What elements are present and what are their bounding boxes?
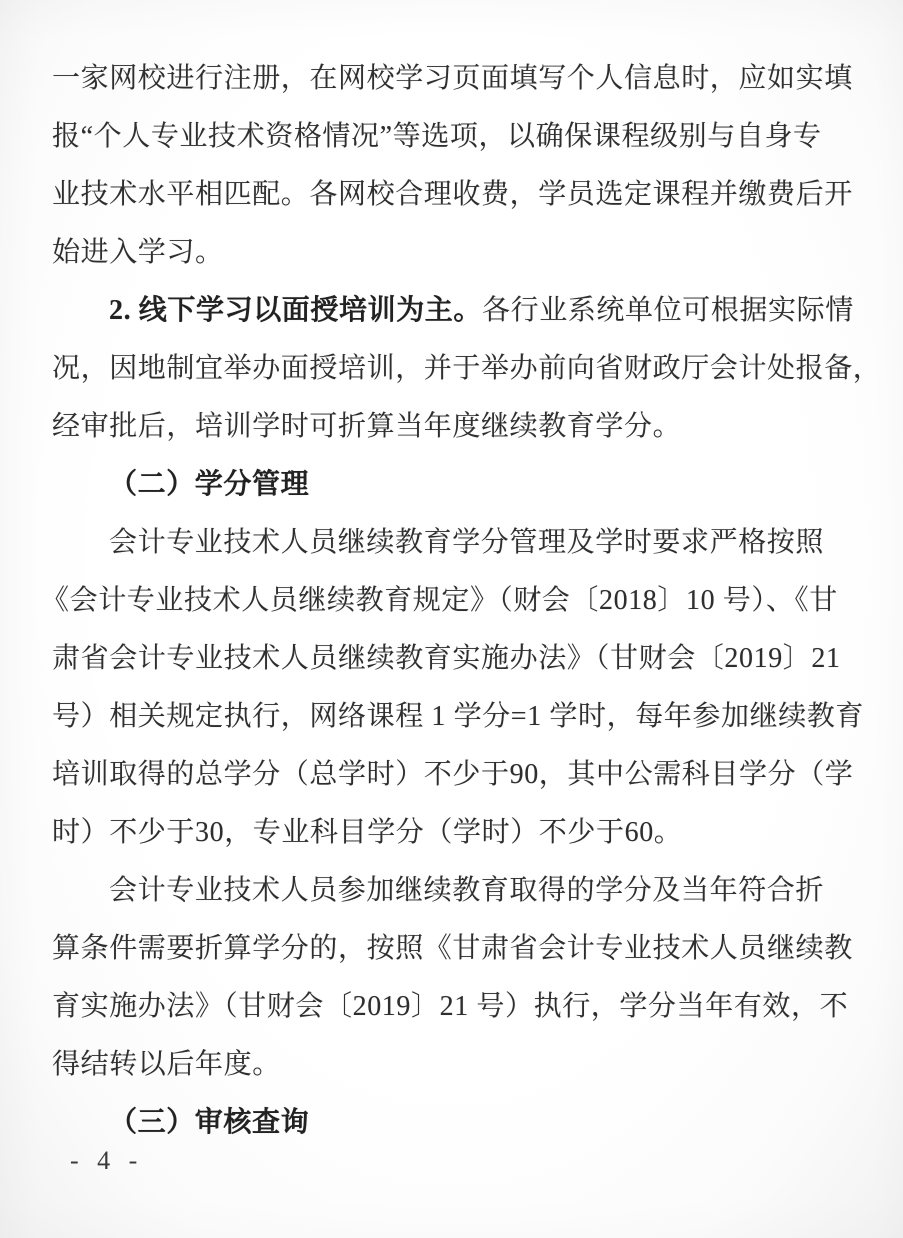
text-line: 算条件需要折算学分的，按照《甘肃省会计专业技术人员继续教 — [52, 920, 859, 978]
text-line: 经审批后，培训学时可折算当年度继续教育学分。 — [52, 398, 859, 456]
text-run: 《会计专业技术人员继续教育规定》（财会〔2018〕10 号）、《甘 — [41, 585, 838, 616]
text-run: 培训取得的总学分（总学时）不少于90，其中公需科目学分（学 — [52, 759, 853, 790]
text-run: （三）审核查询 — [109, 1107, 309, 1138]
text-run: 算条件需要折算学分的，按照《甘肃省会计专业技术人员继续教 — [52, 933, 853, 964]
text-line: 报“个人专业技术资格情况”等选项，以确保课程级别与自身专 — [52, 108, 859, 166]
page-number: - 4 - — [70, 1146, 143, 1176]
text-line: 时）不少于30，专业科目学分（学时）不少于60。 — [52, 804, 859, 862]
text-line: 会计专业技术人员参加继续教育取得的学分及当年符合折 — [52, 862, 859, 920]
text-run: 业技术水平相匹配。各网校合理收费，学员选定课程并缴费后开 — [52, 179, 853, 210]
text-run: 号）相关规定执行，网络课程 1 学分=1 学时，每年参加继续教育 — [52, 701, 864, 732]
text-run: 一家网校进行注册，在网校学习页面填写个人信息时，应如实填 — [52, 63, 853, 94]
text-run: 时）不少于30，专业科目学分（学时）不少于60。 — [52, 817, 682, 848]
text-line: 况，因地制宜举办面授培训，并于举办前向省财政厅会计处报备， — [52, 340, 859, 398]
text-run: 始进入学习。 — [52, 237, 224, 268]
section-heading: （三）审核查询 — [52, 1094, 859, 1152]
text-line: 育实施办法》（甘财会〔2019〕21 号）执行，学分当年有效，不 — [52, 978, 859, 1036]
text-line: 号）相关规定执行，网络课程 1 学分=1 学时，每年参加继续教育 — [52, 688, 859, 746]
text-line: 始进入学习。 — [52, 224, 859, 282]
text-run: 育实施办法》（甘财会〔2019〕21 号）执行，学分当年有效，不 — [52, 991, 848, 1022]
text-line: 业技术水平相匹配。各网校合理收费，学员选定课程并缴费后开 — [52, 166, 859, 224]
text-run: 经审批后，培训学时可折算当年度继续教育学分。 — [52, 411, 681, 442]
text-run: 会计专业技术人员参加继续教育取得的学分及当年符合折 — [109, 875, 824, 906]
text-line: 得结转以后年度。 — [52, 1036, 859, 1094]
text-line: 一家网校进行注册，在网校学习页面填写个人信息时，应如实填 — [52, 50, 859, 108]
document-lines: 一家网校进行注册，在网校学习页面填写个人信息时，应如实填报“个人专业技术资格情况… — [52, 50, 859, 1152]
text-run: （二）学分管理 — [109, 469, 309, 500]
text-line: 2. 线下学习以面授培训为主。各行业系统单位可根据实际情 — [52, 282, 859, 340]
text-run: 会计专业技术人员继续教育学分管理及学时要求严格按照 — [109, 527, 824, 558]
text-run: 报“个人专业技术资格情况”等选项，以确保课程级别与自身专 — [52, 121, 822, 152]
section-heading: （二）学分管理 — [52, 456, 859, 514]
text-run: 肃省会计专业技术人员继续教育实施办法》（甘财会〔2019〕21 — [52, 643, 841, 674]
text-run: 各行业系统单位可根据实际情 — [482, 295, 854, 326]
text-run: 况，因地制宜举办面授培训，并于举办前向省财政厅会计处报备， — [52, 353, 881, 384]
document-page: 一家网校进行注册，在网校学习页面填写个人信息时，应如实填报“个人专业技术资格情况… — [0, 0, 903, 1238]
text-line: 《会计专业技术人员继续教育规定》（财会〔2018〕10 号）、《甘 — [41, 572, 859, 630]
text-line: 会计专业技术人员继续教育学分管理及学时要求严格按照 — [52, 514, 859, 572]
text-line: 肃省会计专业技术人员继续教育实施办法》（甘财会〔2019〕21 — [52, 630, 859, 688]
text-run: 2. 线下学习以面授培训为主。 — [109, 295, 482, 326]
text-run: 得结转以后年度。 — [52, 1049, 281, 1080]
text-line: 培训取得的总学分（总学时）不少于90，其中公需科目学分（学 — [52, 746, 859, 804]
